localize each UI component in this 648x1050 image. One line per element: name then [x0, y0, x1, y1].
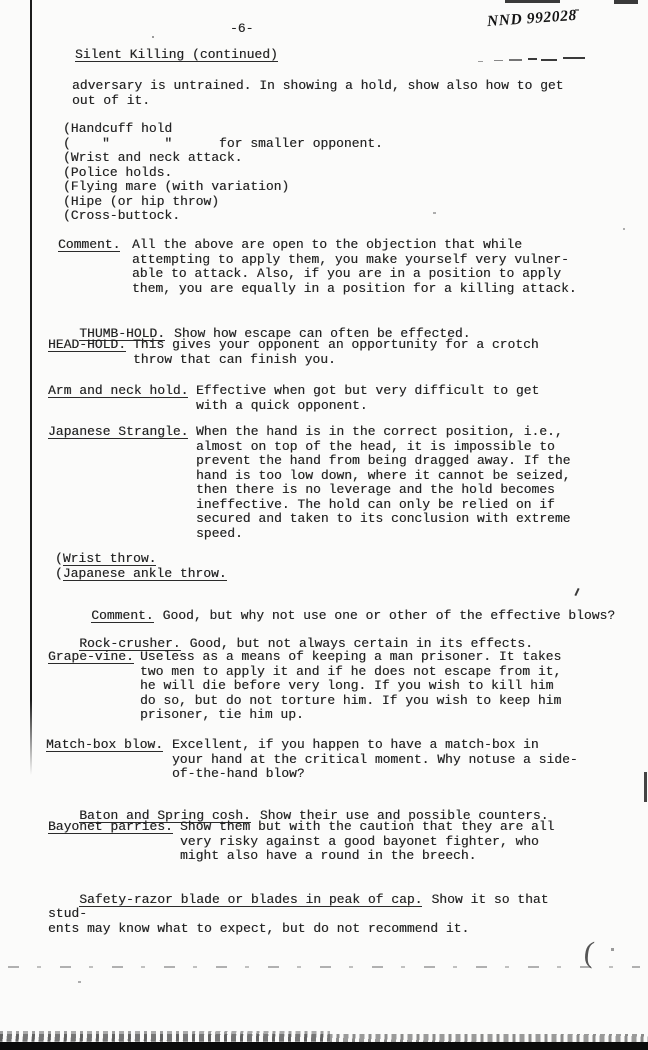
- section-label: Comment.: [58, 238, 120, 253]
- hold-list-item: (Flying mare (with variation): [63, 180, 383, 195]
- scan-dash: [509, 59, 522, 61]
- section-body: Good, but why not use one or other of th…: [163, 608, 615, 623]
- scan-speck: [433, 212, 436, 214]
- section-label-text: Arm and neck hold.: [48, 384, 188, 398]
- section-label-text: Safety-razor blade or blades in peak of …: [79, 893, 422, 907]
- hold-list-item: (Cross-buttock.: [63, 209, 383, 224]
- section-body: Useless as a means of keeping a man pris…: [140, 650, 561, 723]
- section-body: Effective when got but very difficult to…: [196, 384, 539, 413]
- section-body: When the hand is in the correct position…: [196, 425, 570, 541]
- section-body: Show them but with the caution that they…: [180, 820, 554, 864]
- section-label: HEAD-HOLD.: [48, 338, 126, 353]
- intro-paragraph: adversary is untrained. In showing a hol…: [72, 79, 563, 108]
- scanned-document-page: NND 992028 -6- Silent Killing (continued…: [0, 0, 648, 1050]
- paren-prefix: (: [55, 566, 63, 581]
- section-body: Excellent, if you happen to have a match…: [172, 738, 578, 782]
- section-label-text: Comment.: [91, 609, 153, 623]
- scan-dashed-line: [8, 966, 640, 968]
- scan-speck: [623, 228, 625, 230]
- section-label: Grape-vine.: [48, 650, 134, 665]
- section-label: Bayonet parries.: [48, 820, 173, 835]
- section-label: Japanese Strangle.: [48, 425, 188, 440]
- scan-dash: [494, 60, 503, 61]
- scan-speck: [611, 948, 614, 951]
- scan-right-edge-mark: [644, 772, 647, 802]
- scan-dash: [541, 59, 557, 61]
- section-label-text: Comment.: [58, 238, 120, 252]
- section-heading: Silent Killing (continued): [75, 48, 278, 63]
- hold-list-item: (Hipe (or hip throw): [63, 195, 383, 210]
- declassification-stamp: NND 992028: [487, 9, 578, 30]
- scan-top-mark: [505, 0, 560, 3]
- hold-list-item: (Wrist and neck attack.: [63, 151, 383, 166]
- scan-top-mark: [614, 0, 638, 4]
- section-label-text: Bayonet parries.: [48, 820, 173, 834]
- scan-dash: [528, 58, 537, 60]
- scan-speck: [78, 981, 81, 983]
- section-body: All the above are open to the objection …: [132, 238, 577, 296]
- hold-list-item: (Police holds.: [63, 166, 383, 181]
- throw-list-item: (Wrist throw.: [55, 552, 227, 567]
- throw-list-item-text: Wrist throw.: [63, 552, 157, 566]
- section-heading-text: Silent Killing (continued): [75, 48, 278, 62]
- scan-fold-line-fade: [30, 700, 32, 775]
- hold-list-item: ( " " for smaller opponent.: [63, 137, 383, 152]
- hold-list: (Handcuff hold ( " " for smaller opponen…: [63, 122, 383, 224]
- section-label-text: Japanese Strangle.: [48, 425, 188, 439]
- section-label-text: Grape-vine.: [48, 650, 134, 664]
- throw-list-item: (Japanese ankle throw.: [55, 567, 227, 582]
- page-number: -6-: [230, 22, 253, 37]
- scan-dash: [563, 57, 585, 59]
- scan-edge-bar: [0, 1042, 648, 1050]
- scan-dash: [478, 61, 483, 62]
- section-body: This gives your opponent an opportunity …: [133, 338, 539, 367]
- scan-speckle-strip: [0, 1031, 330, 1041]
- throw-list: (Wrist throw. (Japanese ankle throw.: [55, 552, 227, 581]
- section-safety-razor: Safety-razor blade or blades in peak of …: [48, 878, 593, 951]
- section-label: Match-box blow.: [46, 738, 163, 753]
- section-label-text: HEAD-HOLD.: [48, 338, 126, 352]
- section-label: Arm and neck hold.: [48, 384, 188, 399]
- throw-list-item-text: Japanese ankle throw.: [63, 567, 227, 581]
- hold-list-item: (Handcuff hold: [63, 122, 383, 137]
- scan-fold-line: [30, 0, 32, 700]
- scan-speckle-strip: [0, 1034, 648, 1042]
- section-label-text: Match-box blow.: [46, 738, 163, 752]
- scan-speck: [152, 36, 154, 38]
- paren-prefix: (: [55, 551, 63, 566]
